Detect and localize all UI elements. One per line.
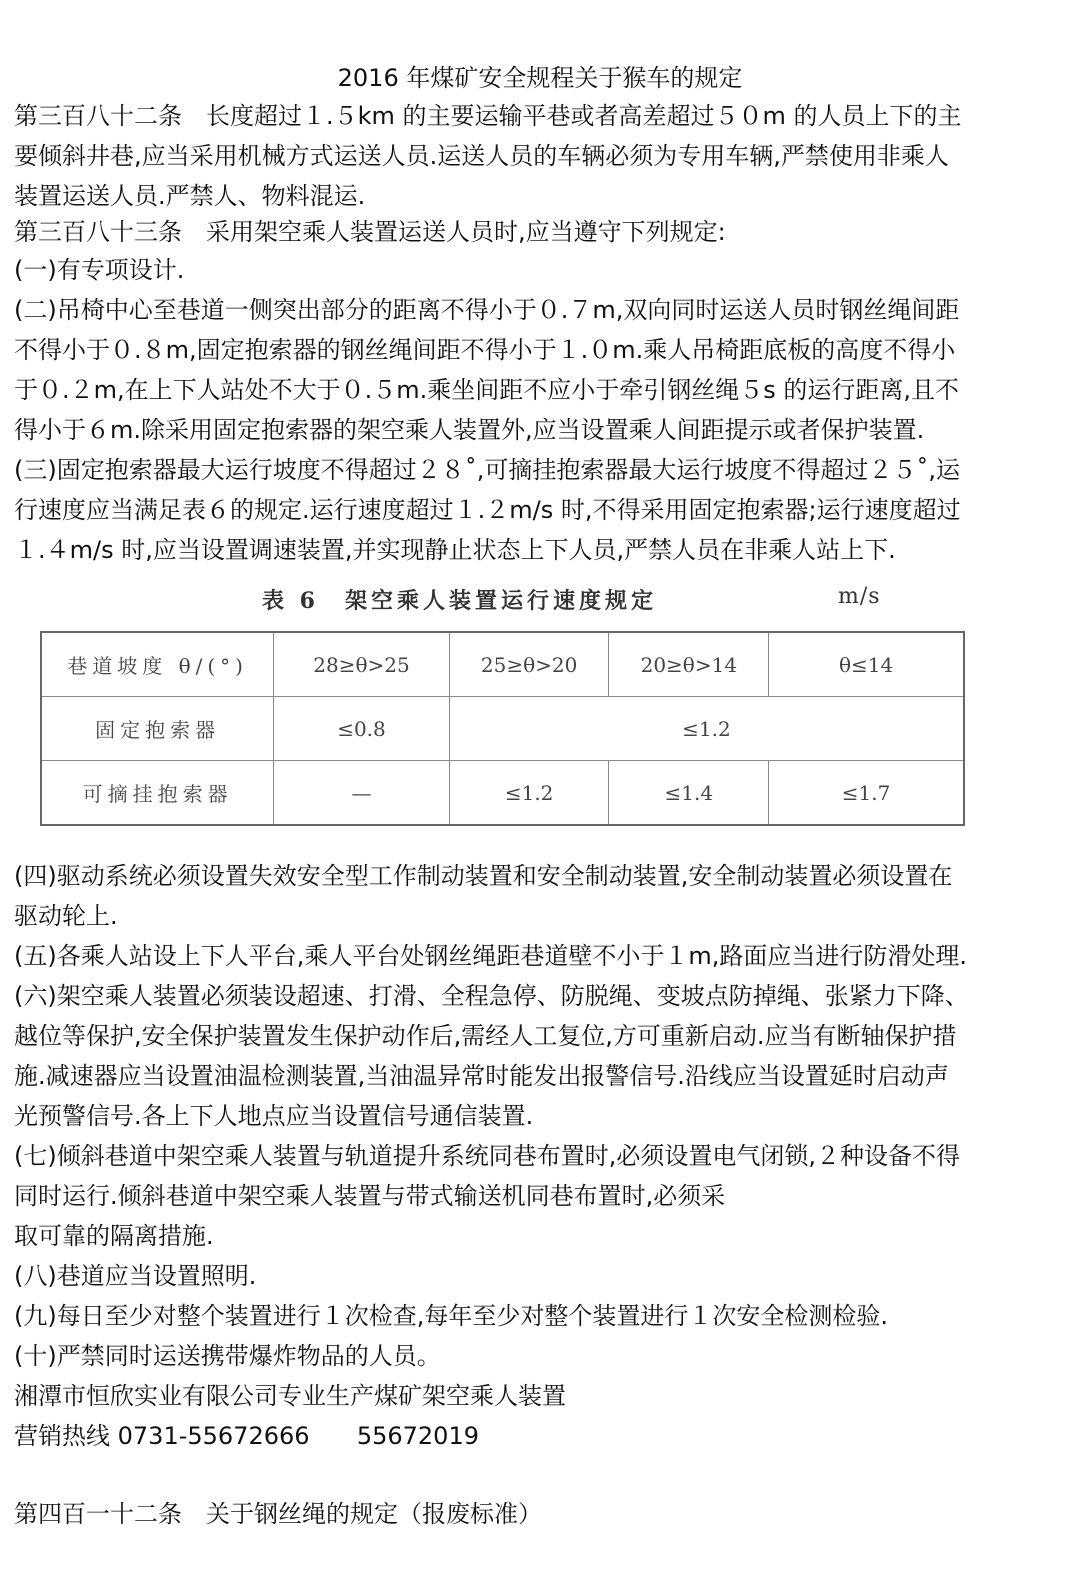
table-cell: ≤1.2: [449, 761, 609, 826]
clause-7: (七)倾斜巷道中架空乘人装置与轨道提升系统同巷布置时,必须设置电气闭锁,２种设备…: [14, 1136, 960, 1176]
header-cell: 巷道坡度 θ/(°): [41, 632, 274, 697]
clause-5: (五)各乘人站设上下人平台,乘人平台处钢丝绳距巷道壁不小于１m,路面应当进行防滑…: [14, 936, 967, 976]
text-line: 不得小于０.８m,固定抱索器的钢丝绳间距不得小于１.０m.乘人吊椅距底板的高度不…: [14, 330, 955, 370]
text-line: 越位等保护,安全保护装置发生保护动作后,需经人工复位,方可重新启动.应当有断轴保…: [14, 1016, 957, 1056]
text-line: 要倾斜井巷,应当采用机械方式运送人员.运送人员的车辆必须为专用车辆,严禁使用非乘…: [14, 136, 949, 176]
text-line: 第三百八十二条 长度超过１.５km 的主要运输平巷或者高差超过５０m 的人员上下…: [14, 96, 962, 136]
clause-10: (十)严禁同时运送携带爆炸物品的人员。: [14, 1336, 441, 1376]
clause-4: (四)驱动系统必须设置失效安全型工作制动装置和安全制动装置,安全制动装置必须设置…: [14, 856, 952, 896]
hotline: 营销热线 0731-55672666 55672019: [14, 1416, 479, 1456]
table-cell: —: [274, 761, 450, 826]
document-title: 2016 年煤矿安全规程关于猴车的规定: [0, 60, 1080, 96]
article-412-heading: 第四百一十二条 关于钢丝绳的规定（报废标准）: [14, 1494, 542, 1534]
table-header-row: 巷道坡度 θ/(°) 28≥θ>25 25≥θ>20 20≥θ>14 θ≤14: [41, 632, 964, 697]
article-heading: 第三百八十三条 采用架空乘人装置运送人员时,应当遵守下列规定:: [14, 212, 726, 252]
header-cell: 28≥θ>25: [274, 632, 450, 697]
text-line: 驱动轮上.: [14, 896, 118, 936]
header-cell: 20≥θ>14: [609, 632, 769, 697]
text-line: 光预警信号.各上下人地点应当设置信号通信装置.: [14, 1096, 533, 1136]
clause-3: (三)固定抱索器最大运行坡度不得超过２８˚,可摘挂抱索器最大运行坡度不得超过２５…: [14, 450, 960, 490]
table-caption: 表 6 架空乘人装置运行速度规定 m/s: [0, 584, 1080, 614]
clause-6: (六)架空乘人装置必须装设超速、打滑、全程急停、防脱绳、变坡点防掉绳、张紧力下降…: [14, 976, 969, 1016]
phone-number: 0731-55672666: [118, 1422, 310, 1450]
text-line: 装置运送人员.严禁人、物料混运.: [14, 176, 365, 216]
hotline-label: 营销热线: [14, 1422, 110, 1450]
text-line: 行速度应当满足表６的规定.运行速度超过１.２m/s 时,不得采用固定抱索器;运行…: [14, 490, 961, 530]
text-line: 同时运行.倾斜巷道中架空乘人装置与带式输送机同巷布置时,必须采: [14, 1176, 725, 1216]
speed-table: 巷道坡度 θ/(°) 28≥θ>25 25≥θ>20 20≥θ>14 θ≤14 …: [40, 631, 965, 826]
clause-8: (八)巷道应当设置照明.: [14, 1256, 256, 1296]
text-line: 得小于６m.除采用固定抱索器的架空乘人装置外,应当设置乘人间距提示或者保护装置.: [14, 410, 924, 450]
table-cell: ≤0.8: [274, 697, 450, 761]
clause-9: (九)每日至少对整个装置进行１次检查,每年至少对整个装置进行１次安全检测检验.: [14, 1296, 888, 1336]
table-cell: ≤1.7: [769, 761, 964, 826]
table-unit: m/s: [838, 584, 881, 609]
row-label: 可摘挂抱索器: [41, 761, 274, 826]
phone-number: 55672019: [357, 1422, 479, 1450]
table-cell: ≤1.4: [609, 761, 769, 826]
text-line: １.４m/s 时,应当设置调速装置,并实现静止状态上下人员,严禁人员在非乘人站上…: [14, 530, 896, 570]
header-cell: 25≥θ>20: [449, 632, 609, 697]
row-label: 固定抱索器: [41, 697, 274, 761]
text-line: 施.减速器应当设置油温检测装置,当油温异常时能发出报警信号.沿线应当设置延时启动…: [14, 1056, 949, 1096]
clause-1: (一)有专项设计.: [14, 250, 184, 290]
text-line: 于０.２m,在上下人站处不大于０.５m.乘坐间距不应小于牵引钢丝绳５s 的运行距…: [14, 370, 959, 410]
table-row: 固定抱索器 ≤0.8 ≤1.2: [41, 697, 964, 761]
clause-2: (二)吊椅中心至巷道一侧突出部分的距离不得小于０.７m,双向同时运送人员时钢丝绳…: [14, 290, 959, 330]
company-name: 湘潭市恒欣实业有限公司专业生产煤矿架空乘人装置: [14, 1376, 566, 1416]
table-cell: ≤1.2: [449, 697, 964, 761]
header-cell: θ≤14: [769, 632, 964, 697]
table-title: 表 6 架空乘人装置运行速度规定: [262, 584, 657, 615]
document-page: 2016 年煤矿安全规程关于猴车的规定 第三百八十二条 长度超过１.５km 的主…: [0, 0, 1080, 1591]
text-line: 取可靠的隔离措施.: [14, 1216, 214, 1256]
table-row: 可摘挂抱索器 — ≤1.2 ≤1.4 ≤1.7: [41, 761, 964, 826]
